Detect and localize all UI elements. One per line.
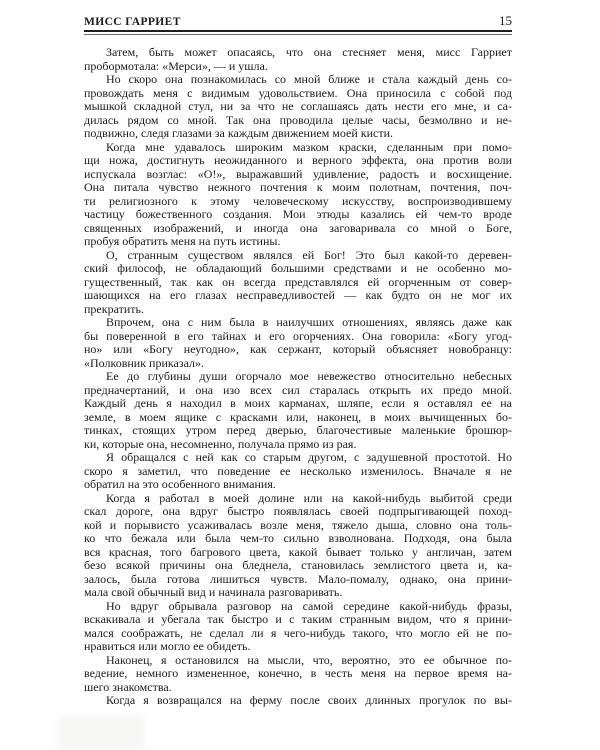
page-number: 15: [499, 14, 512, 28]
text-line: мался соображать, не сделал ли я чего-ни…: [84, 627, 512, 641]
text-line: Она питала чувство нежного почтения к мо…: [84, 181, 512, 195]
text-line: Затем, быть может опасаясь, что она стес…: [84, 46, 512, 60]
text-line: ти религиозного к этому человеческому ис…: [84, 195, 512, 209]
paragraph: Наконец, я остановился на мысли, что, ве…: [84, 654, 512, 695]
text-line: вскакивала и убегала так быстро и с таки…: [84, 613, 512, 627]
text-line: но» или «Богу неугодно», как сержант, ко…: [84, 343, 512, 357]
text-line: мышкой складной стул, ни за что не согла…: [84, 100, 512, 114]
text-line: Когда мне удавалось широким мазком краск…: [84, 141, 512, 155]
text-line: Наконец, я остановился на мысли, что, ве…: [84, 654, 512, 668]
text-line: ведение, немного измененное, конечно, в …: [84, 667, 512, 681]
text-line: дилась рядом со мной. Так она проводила …: [84, 114, 512, 128]
page-body: Затем, быть может опасаясь, что она стес…: [84, 46, 512, 708]
text-line: О, странным существом являлся ей Бог! Эт…: [84, 249, 512, 263]
text-line: подвижно, следя глазами за каждым движен…: [84, 127, 512, 141]
text-line: нравиться или могло ее обидеть.: [84, 640, 512, 654]
text-line: пробормотала: «Мерси», — и ушла.: [84, 60, 512, 74]
paragraph: Но скоро она познакомилась со мной ближе…: [84, 73, 512, 141]
paragraph: Впрочем, она с ним была в наилучших отно…: [84, 316, 512, 370]
text-line: Впрочем, она с ним была в наилучших отно…: [84, 316, 512, 330]
text-line: испускала возглас: «О!», выражавший удив…: [84, 168, 512, 182]
text-line: прекратить.: [84, 303, 512, 317]
text-line: кой и порывисто усаживалась возле меня, …: [84, 519, 512, 533]
text-line: шающихся на его глазах несправедливостей…: [84, 289, 512, 303]
text-line: скал дороге, она вдруг быстро появлялась…: [84, 505, 512, 519]
book-page: МИСС ГАРРИЕТ 15 Затем, быть может опасая…: [0, 0, 600, 750]
text-line: бы поверенной в его тайнах и его огорчен…: [84, 330, 512, 344]
paragraph: Когда мне удавалось широким мазком краск…: [84, 141, 512, 249]
text-line: Когда я работал в моей долине или на как…: [84, 492, 512, 506]
text-line: обратил на это особенного внимания.: [84, 478, 512, 492]
text-line: ко что бежала или была чем-то сильно взв…: [84, 532, 512, 546]
text-line: ки, которые она, несомненно, получала пр…: [84, 438, 512, 452]
text-line: земле, в моем ящике с красками или, нако…: [84, 411, 512, 425]
text-line: Я обращался с ней как со старым другом, …: [84, 451, 512, 465]
text-line: тинках, стоящих утром перед дверью, благ…: [84, 424, 512, 438]
text-line: безо всякой причины она бледнела, станов…: [84, 559, 512, 573]
paragraph: Когда я возвращался на ферму после своих…: [84, 694, 512, 708]
text-line: «Полковник приказал».: [84, 357, 512, 371]
text-line: предначертаний, и она изо всех сил стара…: [84, 384, 512, 398]
text-line: шего знакомства.: [84, 681, 512, 695]
paragraph: Ее до глубины души огорчало мое невежест…: [84, 370, 512, 451]
page-header: МИСС ГАРРИЕТ 15: [84, 14, 512, 28]
text-line: щи ножа, достигнуть неожиданного и верно…: [84, 154, 512, 168]
paragraph: Когда я работал в моей долине или на как…: [84, 492, 512, 600]
text-line: провождать меня с видимым удовольствием.…: [84, 87, 512, 101]
text-line: гущественный, так как он всегда представ…: [84, 276, 512, 290]
text-line: пробуя обратить меня на путь истины.: [84, 235, 512, 249]
text-line: скоро я заметил, что поведение ее нескол…: [84, 465, 512, 479]
paragraph: Я обращался с ней как со старым другом, …: [84, 451, 512, 492]
text-line: вся красная, того багрового цвета, какой…: [84, 546, 512, 560]
text-line: Ее до глубины души огорчало мое невежест…: [84, 370, 512, 384]
paragraph: Но вдруг обрывала разговор на самой сере…: [84, 600, 512, 654]
text-line: Но вдруг обрывала разговор на самой сере…: [84, 600, 512, 614]
text-line: Но скоро она познакомилась со мной ближе…: [84, 73, 512, 87]
text-line: Когда я возвращался на ферму после своих…: [84, 694, 512, 708]
text-line: священных изображений, и иногда она заго…: [84, 222, 512, 236]
text-line: ский философ, не обладающий большими сре…: [84, 262, 512, 276]
text-line: частицу божественного создания. Мои этюд…: [84, 208, 512, 222]
text-line: Каждый день я находил в моих карманах, ш…: [84, 397, 512, 411]
scan-smudge: [58, 716, 144, 750]
text-line: мала свой обычный вид и начинала разгова…: [84, 586, 512, 600]
header-rule: [84, 30, 512, 35]
text-line: залось, была готова лишиться чувств. Мал…: [84, 573, 512, 587]
page-content: МИСС ГАРРИЕТ 15 Затем, быть может опасая…: [84, 14, 512, 708]
paragraph: Затем, быть может опасаясь, что она стес…: [84, 46, 512, 73]
running-title: МИСС ГАРРИЕТ: [84, 15, 181, 29]
paragraph: О, странным существом являлся ей Бог! Эт…: [84, 249, 512, 317]
